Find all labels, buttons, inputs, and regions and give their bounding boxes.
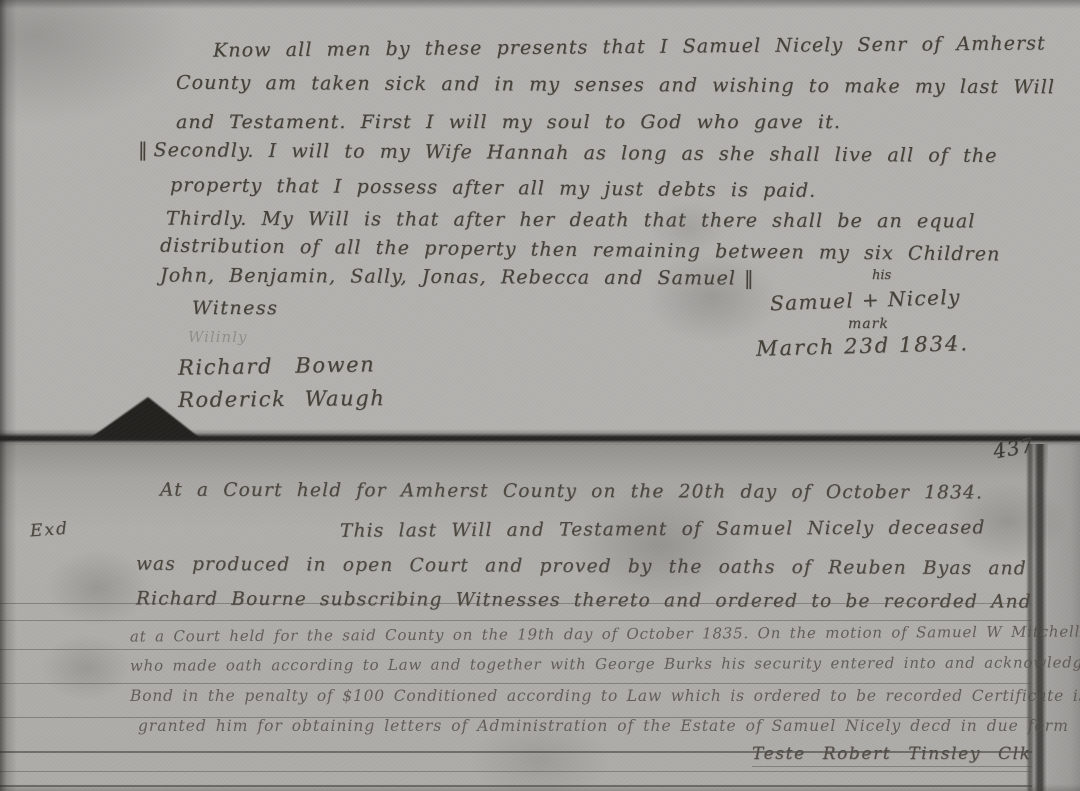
signature-his-word: his — [872, 268, 891, 283]
insertion-mark: ‖ — [744, 268, 754, 290]
scanned-will-document: Know all men by these presents that I Sa… — [0, 0, 1080, 791]
will-line: property that I possess after all my jus… — [170, 174, 817, 202]
will-line: Thirdly. My Will is that after her death… — [166, 208, 976, 233]
insertion-mark: ‖ — [138, 139, 148, 161]
probate-line: At a Court held for Amherst County on th… — [160, 480, 983, 504]
margin-note: Exd — [29, 519, 69, 542]
witness-signature: Richard Bowen — [178, 352, 376, 379]
ledger-right-margin — [1048, 444, 1080, 791]
ruled-line — [0, 785, 1032, 787]
probate-line: who made oath according to Law and toget… — [130, 653, 1080, 674]
probate-line: Bond in the penalty of $100 Conditioned … — [130, 687, 1080, 705]
probate-line: This last Will and Testament of Samuel N… — [340, 517, 986, 541]
ruled-line — [0, 683, 1032, 684]
probate-line: granted him for obtaining letters of Adm… — [138, 717, 1069, 735]
witness-signature: Roderick Waugh — [178, 386, 386, 412]
will-line: County am taken sick and in my senses an… — [176, 72, 1055, 99]
ruled-line — [0, 620, 1032, 621]
ruled-line — [0, 771, 1032, 772]
will-line: Know all men by these presents that I Sa… — [213, 32, 1046, 61]
will-line: distribution of all the property then re… — [160, 235, 1001, 266]
testator-signature: Samuel + Nicely — [770, 285, 962, 316]
witness-faint-signature: Wilinly — [188, 328, 247, 346]
will-line: and Testament. First I will my soul to G… — [176, 111, 841, 133]
signature-date: March 23d 1834. — [756, 331, 970, 361]
clerk-attestation: Teste Robert Tinsley Clk — [752, 744, 1032, 767]
witness-label: Witness — [192, 297, 278, 319]
signature-mark-word: mark — [848, 316, 889, 332]
ruled-line — [0, 649, 1032, 650]
will-line: John, Benjamin, Sally, Jonas, Rebecca an… — [160, 264, 754, 289]
probate-line: Richard Bourne subscribing Witnesses the… — [136, 588, 1032, 612]
will-line: ‖Secondly. I will to my Wife Hannah as l… — [138, 139, 998, 167]
ledger-margin-border — [1026, 444, 1048, 791]
